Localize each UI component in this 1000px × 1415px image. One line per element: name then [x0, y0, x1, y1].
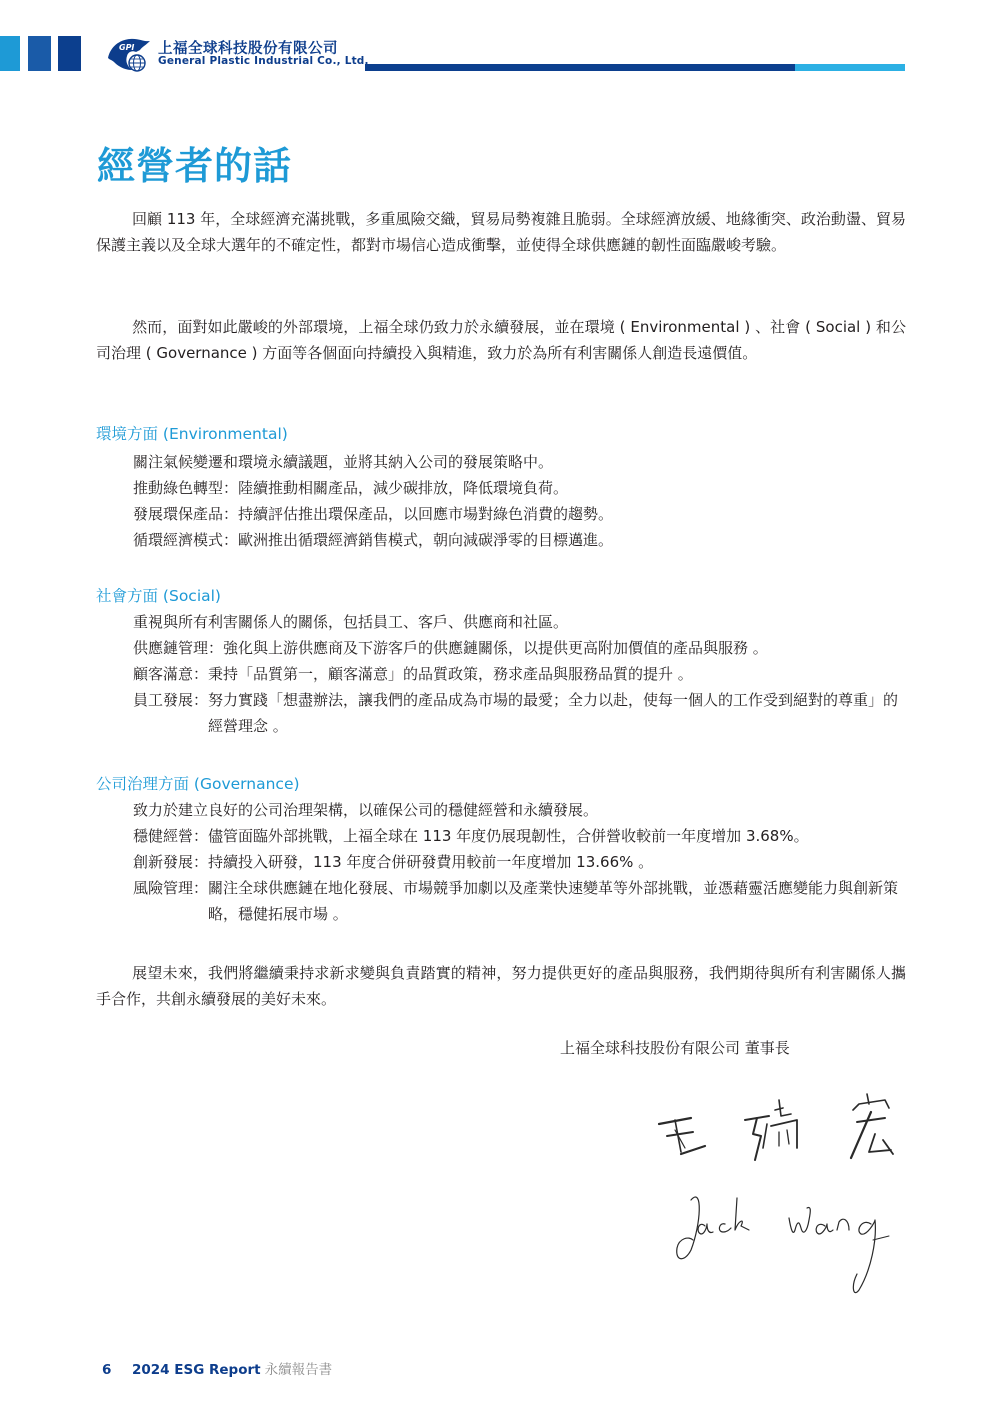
- intro-paragraph-2: 然而，面對如此嚴峻的外部環境，上福全球仍致力於永續發展，並在環境 ( Envir…: [96, 314, 906, 366]
- item-label: 穩健經營：: [133, 823, 208, 849]
- closing-paragraph-text: 展望未來，我們將繼續秉持求新求變與負責踏實的精神，努力提供更好的產品與服務，我們…: [96, 964, 906, 1008]
- item-text: 秉持「品質第一，顧客滿意」的品質政策，務求產品與服務品質的提升 。: [208, 661, 908, 687]
- item-text: 關注全球供應鏈在地化發展、市場競爭加劇以及產業快速變革等外部挑戰，並憑藉靈活應變…: [208, 875, 908, 927]
- item-label: 員工發展：: [133, 687, 208, 739]
- item-text: 關注氣候變遷和環境永續議題，並將其納入公司的發展策略中。: [133, 449, 908, 475]
- item-label: 顧客滿意：: [133, 661, 208, 687]
- list-item: 重視與所有利害關係人的關係，包括員工、客戶、供應商和社區。: [133, 609, 908, 635]
- page-footer: 62024 ESG Report永續報告書: [102, 1358, 332, 1378]
- intro-paragraph-2-text: 然而，面對如此嚴峻的外部環境，上福全球仍致力於永續發展，並在環境 ( Envir…: [96, 318, 906, 362]
- list-item: 風險管理：關注全球供應鏈在地化發展、市場競爭加劇以及產業快速變革等外部挑戰，並憑…: [133, 875, 908, 927]
- item-label: 推動綠色轉型：: [133, 475, 238, 501]
- social-list: 重視與所有利害關係人的關係，包括員工、客戶、供應商和社區。 供應鏈管理：強化與上…: [133, 609, 908, 739]
- item-text: 努力實踐「想盡辦法，讓我們的產品成為市場的最愛；全力以赴，使每一個人的工作受到絕…: [208, 687, 908, 739]
- item-text: 歐洲推出循環經濟銷售模式，朝向減碳淨零的目標邁進。: [238, 527, 908, 553]
- item-text: 強化與上游供應商及下游客戶的供應鏈關係，以提供更高附加價值的產品與服務 。: [223, 635, 908, 661]
- item-text: 持續投入研發，113 年度合併研發費用較前一年度增加 13.66% 。: [208, 849, 908, 875]
- header-block-dark: [58, 36, 81, 71]
- list-item: 推動綠色轉型：陸續推動相關產品，減少碳排放，降低環境負荷。: [133, 475, 908, 501]
- header-block-mid: [28, 36, 51, 71]
- section-heading-environmental: 環境方面 (Environmental): [96, 422, 288, 446]
- report-title-cn: 永續報告書: [265, 1362, 333, 1378]
- gpi-logo-icon: GPI: [106, 36, 154, 74]
- svg-text:GPI: GPI: [119, 43, 134, 52]
- intro-paragraph-1: 回顧 113 年，全球經濟充滿挑戰，多重風險交織，貿易局勢複雜且脆弱。全球經濟放…: [96, 206, 906, 258]
- intro-paragraph-1-text: 回顧 113 年，全球經濟充滿挑戰，多重風險交織，貿易局勢複雜且脆弱。全球經濟放…: [96, 210, 906, 254]
- item-label: 發展環保產品：: [133, 501, 238, 527]
- list-item: 致力於建立良好的公司治理架構，以確保公司的穩健經營和永續發展。: [133, 797, 908, 823]
- item-text: 儘管面臨外部挑戰，上福全球在 113 年度仍展現韌性，合併營收較前一年度增加 3…: [208, 823, 908, 849]
- item-text: 持續評估推出環保產品，以回應市場對綠色消費的趨勢。: [238, 501, 908, 527]
- list-item: 關注氣候變遷和環境永續議題，並將其納入公司的發展策略中。: [133, 449, 908, 475]
- closing-paragraph: 展望未來，我們將繼續秉持求新求變與負責踏實的精神，努力提供更好的產品與服務，我們…: [96, 960, 906, 1012]
- report-title: 2024 ESG Report: [132, 1362, 261, 1378]
- list-item: 顧客滿意：秉持「品質第一，顧客滿意」的品質政策，務求產品與服務品質的提升 。: [133, 661, 908, 687]
- list-item: 供應鏈管理：強化與上游供應商及下游客戶的供應鏈關係，以提供更高附加價值的產品與服…: [133, 635, 908, 661]
- item-label: 循環經濟模式：: [133, 527, 238, 553]
- header-bar-light: [795, 64, 905, 71]
- section-heading-governance: 公司治理方面 (Governance): [96, 772, 300, 796]
- company-name-en: General Plastic Industrial Co., Ltd.: [158, 55, 369, 67]
- page-number: 6: [102, 1362, 132, 1378]
- item-text: 致力於建立良好的公司治理架構，以確保公司的穩健經營和永續發展。: [133, 797, 908, 823]
- signatory-title: 上福全球科技股份有限公司 董事長: [560, 1036, 790, 1060]
- environmental-list: 關注氣候變遷和環境永續議題，並將其納入公司的發展策略中。 推動綠色轉型：陸續推動…: [133, 449, 908, 553]
- handwritten-signature: [645, 1090, 905, 1310]
- header-bar-dark: [365, 64, 795, 71]
- list-item: 員工發展：努力實踐「想盡辦法，讓我們的產品成為市場的最愛；全力以赴，使每一個人的…: [133, 687, 908, 739]
- item-label: 供應鏈管理：: [133, 635, 223, 661]
- header-block-light: [0, 36, 20, 71]
- item-text: 陸續推動相關產品，減少碳排放，降低環境負荷。: [238, 475, 908, 501]
- list-item: 循環經濟模式：歐洲推出循環經濟銷售模式，朝向減碳淨零的目標邁進。: [133, 527, 908, 553]
- item-text: 重視與所有利害關係人的關係，包括員工、客戶、供應商和社區。: [133, 609, 908, 635]
- item-label: 創新發展：: [133, 849, 208, 875]
- list-item: 穩健經營：儘管面臨外部挑戰，上福全球在 113 年度仍展現韌性，合併營收較前一年…: [133, 823, 908, 849]
- item-label: 風險管理：: [133, 875, 208, 927]
- list-item: 創新發展：持續投入研發，113 年度合併研發費用較前一年度增加 13.66% 。: [133, 849, 908, 875]
- page-title: 經營者的話: [97, 142, 292, 190]
- list-item: 發展環保產品：持續評估推出環保產品，以回應市場對綠色消費的趨勢。: [133, 501, 908, 527]
- governance-list: 致力於建立良好的公司治理架構，以確保公司的穩健經營和永續發展。 穩健經營：儘管面…: [133, 797, 908, 927]
- section-heading-social: 社會方面 (Social): [96, 584, 221, 608]
